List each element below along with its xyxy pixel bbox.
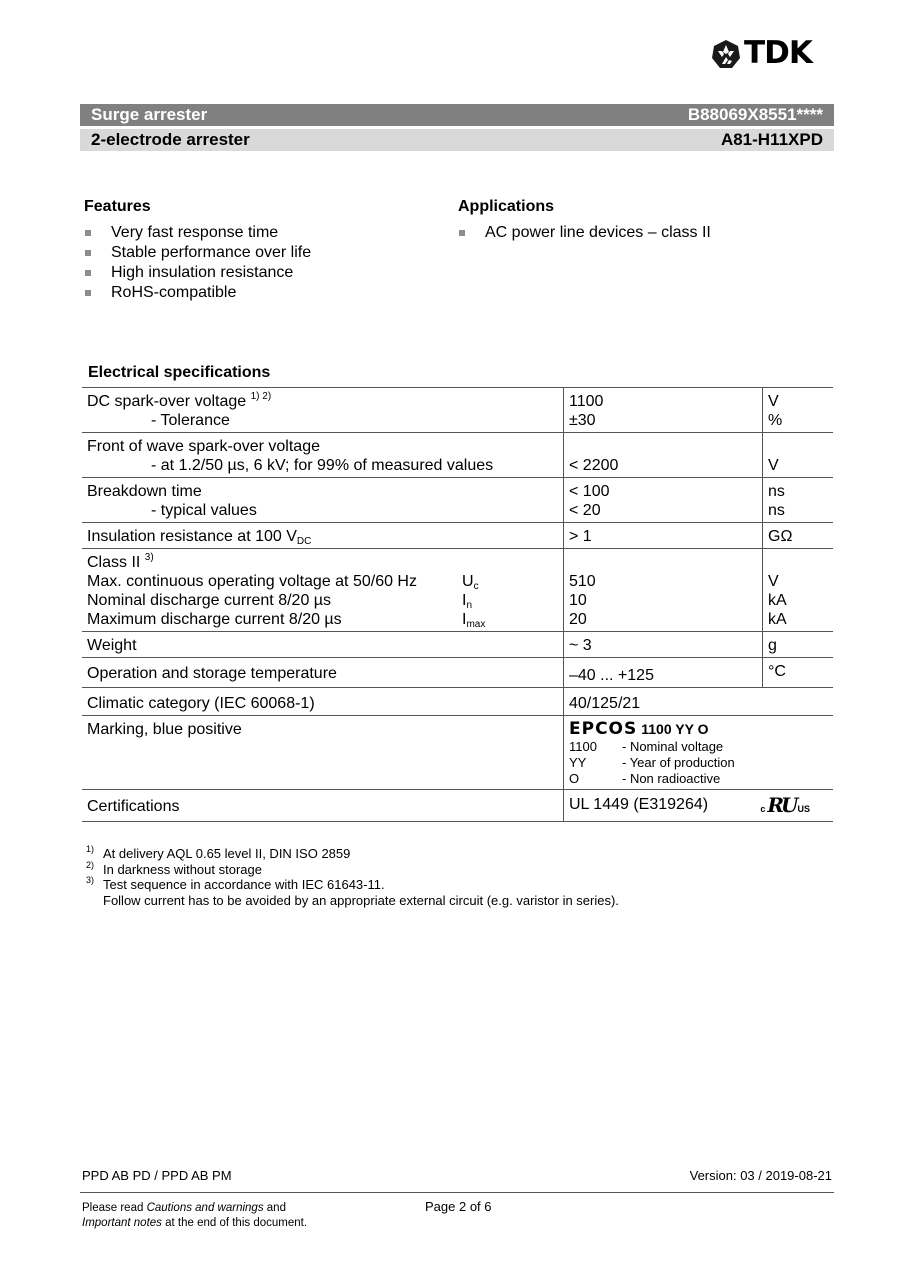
- spec-label: Operation and storage temperature: [82, 658, 564, 688]
- footer-divider: [80, 1192, 834, 1193]
- footer-department: PPD AB PD / PPD AB PM: [82, 1168, 232, 1183]
- page-number: Page 2 of 6: [425, 1199, 492, 1214]
- spec-label: Marking, blue positive: [82, 716, 564, 790]
- table-row: Marking, blue positive EPCOS1100 YY O 11…: [82, 716, 833, 790]
- footer-cautions-note: Please read Cautions and warnings and Im…: [82, 1201, 307, 1231]
- feature-item: Stable performance over life: [84, 243, 311, 263]
- table-row: Insulation resistance at 100 VDC > 1 GΩ: [82, 523, 833, 549]
- applications-title: Applications: [458, 198, 554, 216]
- spec-value: 1100 ±30: [564, 388, 763, 433]
- footnote: 1)At delivery AQL 0.65 level II, DIN ISO…: [86, 846, 619, 862]
- tdk-logo: TDK: [711, 38, 812, 69]
- spec-value: 510 10 20: [564, 549, 763, 632]
- certification-value: UL 1449 (E319264) cRUUS: [564, 790, 834, 822]
- spec-value: ~ 3: [564, 632, 763, 658]
- bullet-square-icon: [85, 230, 91, 236]
- footnote: 2)In darkness without storage: [86, 862, 619, 878]
- bullet-square-icon: [85, 290, 91, 296]
- feature-item: Very fast response time: [84, 223, 311, 243]
- ul-recognized-icon: cRUUS: [760, 796, 810, 814]
- features-list: Very fast response time Stable performan…: [84, 223, 311, 303]
- spec-label: Weight: [82, 632, 564, 658]
- application-item: AC power line devices – class II: [458, 223, 711, 243]
- table-row: Breakdown time - typical values < 100 < …: [82, 478, 833, 523]
- spec-unit: ns ns: [763, 478, 834, 523]
- table-row: DC spark-over voltage 1) 2) - Tolerance …: [82, 388, 833, 433]
- marking-value: EPCOS1100 YY O 1100- Nominal voltage YY-…: [564, 716, 834, 790]
- spec-value: 40/125/21: [564, 688, 834, 716]
- footnote: Follow current has to be avoided by an a…: [86, 893, 619, 909]
- table-row: Class II 3) Max. continuous operating vo…: [82, 549, 833, 632]
- bullet-square-icon: [85, 250, 91, 256]
- spec-unit: V: [763, 433, 834, 478]
- spec-unit: g: [763, 632, 834, 658]
- table-row: Climatic category (IEC 60068-1) 40/125/2…: [82, 688, 833, 716]
- tdk-star-icon: [711, 39, 741, 69]
- type-code: A81-H11XPD: [721, 130, 823, 150]
- footnote: 3)Test sequence in accordance with IEC 6…: [86, 877, 619, 893]
- spec-label: Insulation resistance at 100 VDC: [82, 523, 564, 549]
- table-row: Operation and storage temperature –40 ..…: [82, 658, 833, 688]
- spec-unit: V kA kA: [763, 549, 834, 632]
- spec-label: Class II 3) Max. continuous operating vo…: [82, 549, 564, 632]
- spec-value: –40 ... +125: [564, 658, 763, 688]
- spec-label: Front of wave spark-over voltage - at 1.…: [82, 433, 564, 478]
- table-row: Weight ~ 3 g: [82, 632, 833, 658]
- spec-unit: GΩ: [763, 523, 834, 549]
- footer-version: Version: 03 / 2019-08-21: [690, 1168, 832, 1183]
- spec-label: Certifications: [82, 790, 564, 822]
- table-row: Certifications UL 1449 (E319264) cRUUS: [82, 790, 833, 822]
- product-subtitle: 2-electrode arrester: [91, 130, 250, 150]
- feature-item: High insulation resistance: [84, 263, 311, 283]
- spec-label: Breakdown time - typical values: [82, 478, 564, 523]
- subtitle-bar: 2-electrode arrester A81-H11XPD: [80, 129, 834, 151]
- specs-title: Electrical specifications: [88, 364, 270, 382]
- product-type: Surge arrester: [91, 105, 207, 125]
- feature-item: RoHS-compatible: [84, 283, 311, 303]
- features-title: Features: [84, 198, 151, 216]
- table-row: Front of wave spark-over voltage - at 1.…: [82, 433, 833, 478]
- cautions-link: Cautions and warnings: [147, 1202, 264, 1214]
- product-type-bar: Surge arrester B88069X8551****: [80, 104, 834, 126]
- spec-value: < 100 < 20: [564, 478, 763, 523]
- spec-unit: °C: [763, 658, 834, 688]
- bullet-square-icon: [85, 270, 91, 276]
- part-number: B88069X8551****: [688, 105, 823, 125]
- footnotes: 1)At delivery AQL 0.65 level II, DIN ISO…: [86, 846, 619, 908]
- spec-unit: V %: [763, 388, 834, 433]
- important-notes-link: Important notes: [82, 1217, 162, 1229]
- applications-list: AC power line devices – class II: [458, 223, 711, 243]
- epcos-logo: EPCOS: [569, 719, 637, 739]
- spec-value: < 2200: [564, 433, 763, 478]
- bullet-square-icon: [459, 230, 465, 236]
- spec-label: DC spark-over voltage 1) 2) - Tolerance: [82, 388, 564, 433]
- logo-text: TDK: [744, 38, 812, 69]
- specs-table: DC spark-over voltage 1) 2) - Tolerance …: [82, 387, 833, 822]
- spec-label: Climatic category (IEC 60068-1): [82, 688, 564, 716]
- spec-value: > 1: [564, 523, 763, 549]
